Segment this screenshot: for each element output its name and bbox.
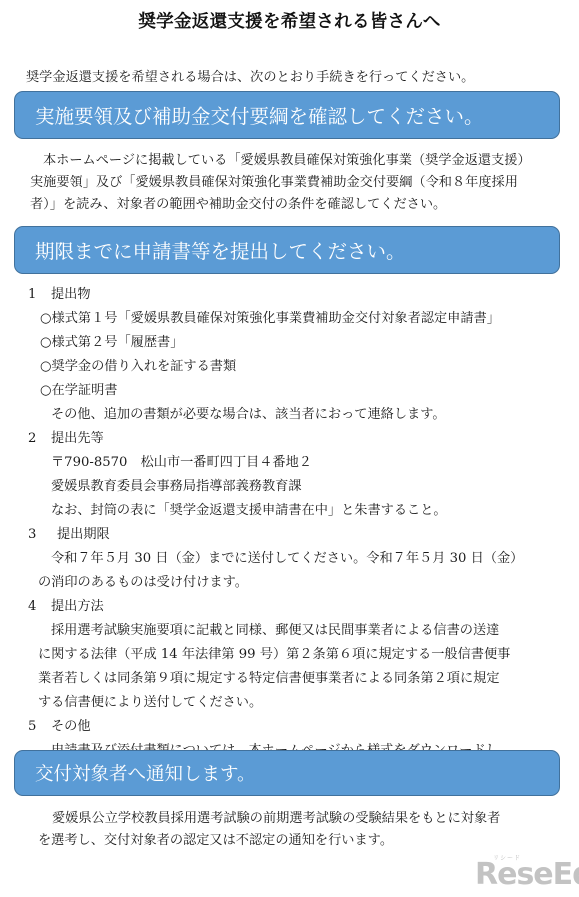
section1-body: 本ホームページに掲載している「愛媛県教員確保対策強化事業（奨学金返還支援） 実施… [30, 150, 531, 216]
deadline-line: の消印のあるものは受け付けます。 [28, 571, 523, 595]
section3-line: を選考し、交付対象者の認定又は不認定の通知を行います。 [30, 830, 500, 852]
item-number: 4 [28, 595, 51, 619]
item-label: その他 [51, 715, 91, 739]
section3-heading-banner: 交付対象者へ通知します。 [14, 750, 560, 796]
method-line: に関する法律（平成 14 年法律第 99 号）第２条第６項に規定する一般信書便事 [28, 643, 523, 667]
list-item-heading: 3提出期限 [28, 523, 523, 547]
deadline-line: 令和７年５月 30 日（金）までに送付してください。令和７年５月 30 日（金） [28, 547, 523, 571]
address-line: なお、封筒の表に「奨学金返還支援申請書在中」と朱書すること。 [28, 499, 523, 523]
section1-heading: 実施要領及び補助金交付要綱を確認してください。 [35, 101, 484, 129]
list-item-heading: 4提出方法 [28, 595, 523, 619]
list-item-heading: 1提出物 [28, 283, 523, 307]
section3-body: 愛媛県公立学校教員採用選考試験の前期選考試験の受験結果をもとに対象者 を選考し、… [30, 808, 500, 852]
address-line: 愛媛県教育委員会事務局指導部義務教育課 [28, 475, 523, 499]
method-line: 業者若しくは同条第９項に規定する特定信書便事業者による同条第２項に規定 [28, 667, 523, 691]
item-number: 3 [28, 523, 51, 547]
method-line: 採用選考試験実施要項に記載と同様、郵便又は民間事業者による信書の送達 [28, 619, 523, 643]
document-bullet: ○在学証明書 [28, 379, 523, 403]
list-item-heading: 5その他 [28, 715, 523, 739]
submission-list: 1提出物 ○様式第１号「愛媛県教員確保対策強化事業費補助金交付対象者認定申請書」… [28, 283, 523, 787]
item-note: その他、追加の書類が必要な場合は、該当者におって連絡します。 [28, 403, 523, 427]
list-item-heading: 2提出先等 [28, 427, 523, 451]
item-number: 5 [28, 715, 51, 739]
section3-line: 愛媛県公立学校教員採用選考試験の前期選考試験の受験結果をもとに対象者 [30, 808, 500, 830]
section2-heading: 期限までに申請書等を提出してください。 [35, 236, 406, 264]
section1-line: 本ホームページに掲載している「愛媛県教員確保対策強化事業（奨学金返還支援） [30, 150, 531, 172]
document-bullet: ○様式第２号「履歴書」 [28, 331, 523, 355]
document-bullet: ○様式第１号「愛媛県教員確保対策強化事業費補助金交付対象者認定申請書」 [28, 307, 523, 331]
intro-text: 奨学金返還支援を希望される場合は、次のとおり手続きを行ってください。 [26, 66, 474, 85]
section1-line: 実施要領」及び「愛媛県教員確保対策強化事業費補助金交付要綱（令和８年度採用 [30, 172, 531, 194]
item-label: 提出期限 [51, 523, 110, 547]
section2-heading-banner: 期限までに申請書等を提出してください。 [14, 226, 560, 274]
section1-heading-banner: 実施要領及び補助金交付要綱を確認してください。 [14, 91, 560, 139]
address-line: 〒790-8570 松山市一番町四丁目４番地２ [28, 451, 523, 475]
method-line: する信書便により送付してください。 [28, 691, 523, 715]
page-title: 奨学金返還支援を希望される皆さんへ [0, 8, 579, 33]
item-label: 提出先等 [51, 427, 104, 451]
item-number: 2 [28, 427, 51, 451]
item-label: 提出物 [51, 283, 91, 307]
watermark-text: ReseEd [475, 857, 579, 892]
section1-line: 者）」を読み、対象者の範囲や補助金交付の条件を確認してください。 [30, 194, 531, 216]
section3-heading: 交付対象者へ通知します。 [35, 760, 256, 786]
document-bullet: ○奨学金の借り入れを証する書類 [28, 355, 523, 379]
item-label: 提出方法 [51, 595, 104, 619]
reseed-watermark-logo: リシード ReseEd [475, 853, 575, 893]
item-number: 1 [28, 283, 51, 307]
